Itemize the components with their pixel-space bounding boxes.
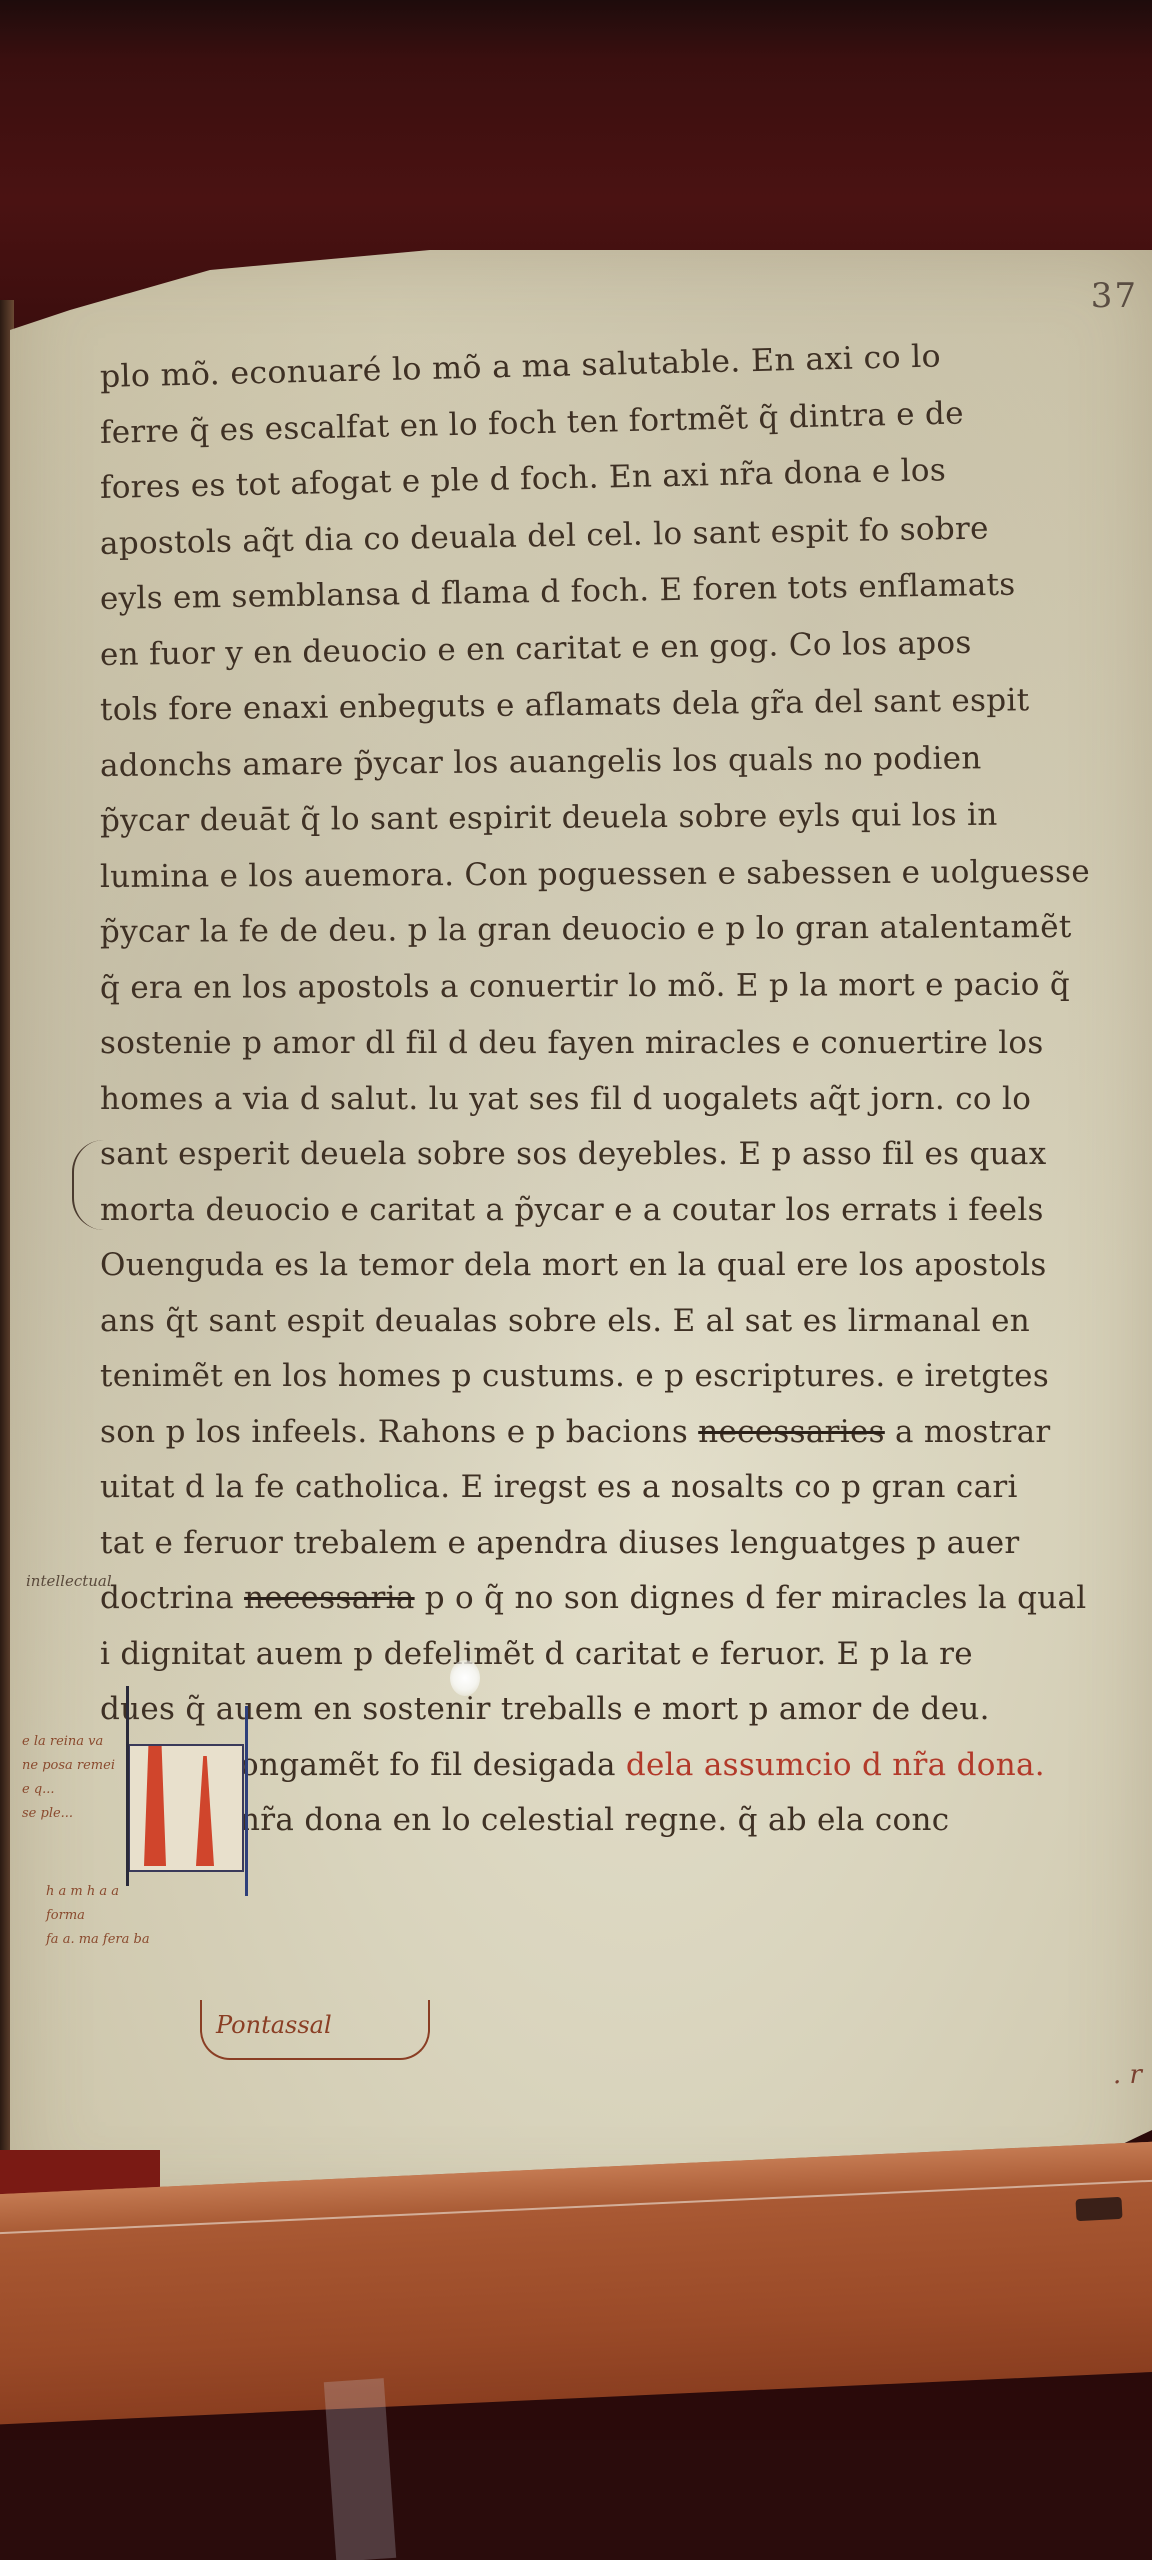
text-line: uitat d la fe catholica. E iregst es a n…	[100, 1460, 1110, 1516]
glass-reflection	[324, 2378, 396, 2560]
case-shadow	[0, 2440, 1152, 2560]
text-segment: ongamẽt fo fil desigada	[240, 1747, 616, 1783]
text-line: tat e feruor trebalem e apendra diuses l…	[100, 1516, 1110, 1572]
text-line: ans q̃t sant espit deualas sobre els. E …	[100, 1294, 1110, 1350]
marginal-note: se ple...	[22, 1802, 142, 1826]
initial-flourish-blue	[245, 1706, 248, 1896]
text-line: Ouenguda es la temor dela mort en la qua…	[100, 1238, 1110, 1294]
rubric-heading: dela assumcio d nr̃a dona.	[626, 1747, 1045, 1783]
manuscript-text-block: plo mõ. econuaré lo mõ a ma salutable. E…	[100, 350, 1110, 1849]
text-line: adonchs amare p̃ycar los auangelis los q…	[100, 730, 1110, 794]
text-line: p̃ycar deuāt q̃ lo sant espirit deuela s…	[100, 787, 1110, 850]
manuscript-photo-scene: 37 plo mõ. econuaré lo mõ a ma salutable…	[0, 0, 1152, 2560]
text-line: morta deuocio e caritat a p̃ycar e a cou…	[100, 1183, 1110, 1239]
struck-word: necessaria	[244, 1580, 415, 1616]
marginal-notes-upper: e la reina va ne posa remei e q... se pl…	[22, 1730, 142, 1826]
text-line: lumina e los auemora. Con poguessen e sa…	[100, 844, 1110, 905]
text-line: dues q̃ auem en sostenir treballs e mort…	[100, 1682, 1110, 1738]
text-line-with-strikethrough: doctrina necessaria p o q̃ no son dignes…	[100, 1571, 1110, 1627]
text-line: sostenie p amor dl fil d deu fayen mirac…	[100, 1016, 1110, 1072]
marginal-notes-lower: h a m h a a forma fa a. ma fera ba	[46, 1880, 156, 1952]
text-line: homes a via d salut. lu yat ses fil d uo…	[100, 1072, 1110, 1128]
light-glare	[450, 1660, 480, 1696]
text-line-with-rubric: ongamẽt fo fil desigada dela assumcio d …	[100, 1738, 1110, 1794]
signature-annotation: Pontassal	[200, 2000, 430, 2060]
initial-red-stroke	[144, 1746, 166, 1866]
frame-slot	[1075, 2197, 1122, 2221]
marginal-note: fa a. ma fera ba	[46, 1928, 156, 1952]
text-line: nr̃a dona en lo celestial regne. q̃ ab e…	[100, 1793, 1110, 1849]
folio-number: 37	[1091, 276, 1138, 316]
initial-red-stroke	[196, 1756, 214, 1866]
catchword: . r	[1113, 2060, 1142, 2090]
text-line-with-strikethrough: son p los infeels. Rahons e p bacions ne…	[100, 1405, 1110, 1461]
text-line: tols fore enaxi enbeguts e aflamats dela…	[100, 672, 1111, 738]
marginal-note: e q...	[22, 1778, 142, 1802]
text-line: i dignitat auem p defelimẽt d caritat e …	[100, 1627, 1110, 1683]
struck-word: necessaries	[698, 1414, 885, 1450]
marginal-note: h a m h a a forma	[46, 1880, 156, 1928]
text-line: q̃ era en los apostols a conuertir lo mõ…	[100, 957, 1110, 1016]
text-line: tenimẽt en los homes p custums. e p escr…	[100, 1349, 1110, 1405]
text-line: sant esperit deuela sobre sos deyebles. …	[100, 1127, 1110, 1183]
marginal-note: ne posa remei	[22, 1754, 142, 1778]
text-line: p̃ycar la fe de deu. p la gran deuocio e…	[100, 900, 1110, 961]
marginal-note: e la reina va	[22, 1730, 142, 1754]
decorated-initial	[128, 1744, 244, 1872]
marginal-note-intellectual: intellectual	[26, 1572, 112, 1590]
